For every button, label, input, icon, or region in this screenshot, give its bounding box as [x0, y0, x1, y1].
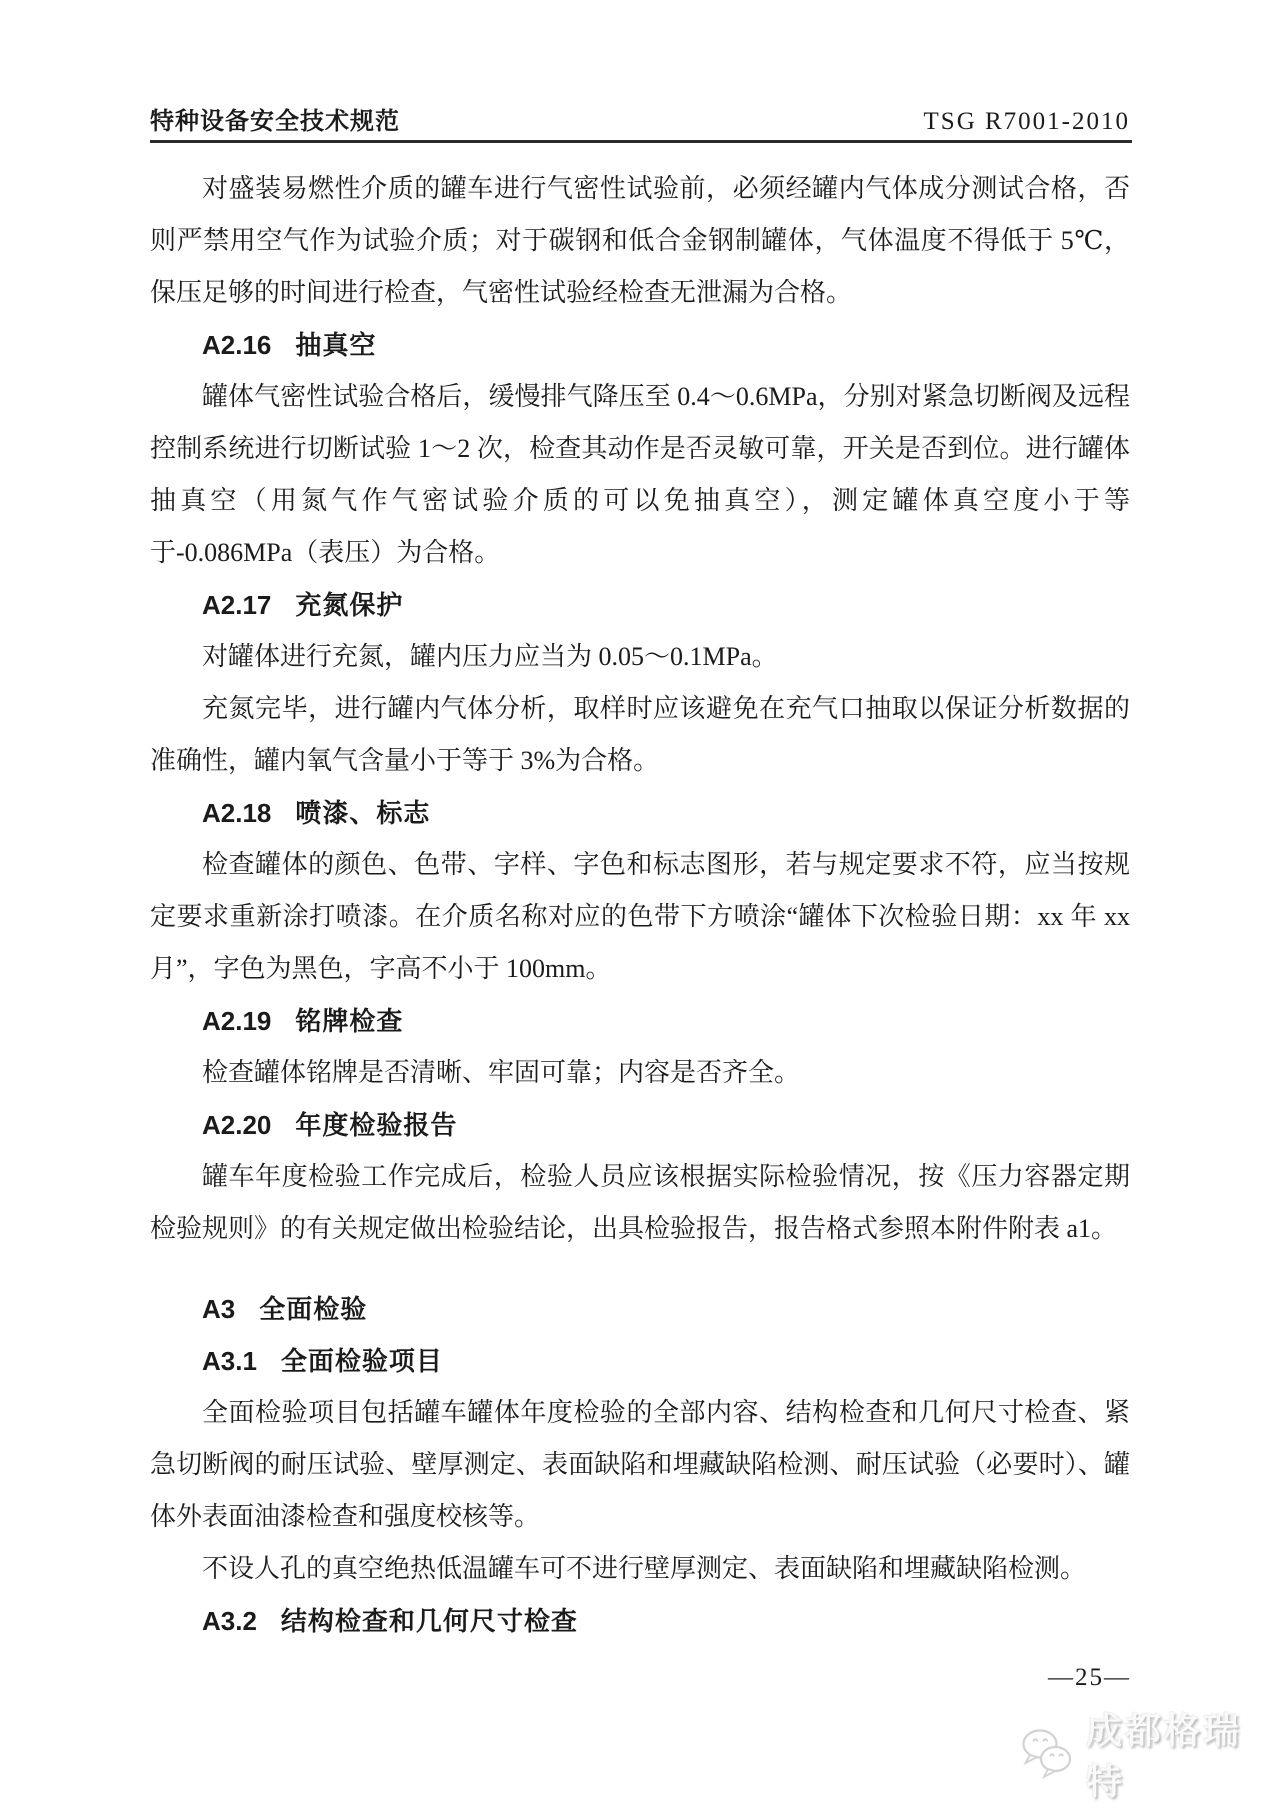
paragraph: 不设人孔的真空绝热低温罐车可不进行壁厚测定、表面缺陷和埋藏缺陷检测。: [150, 1543, 1130, 1595]
paragraph: 罐体气密性试验合格后，缓慢排气降压至 0.4～0.6MPa，分别对紧急切断阀及远…: [150, 371, 1130, 579]
paragraph: 罐车年度检验工作完成后，检验人员应该根据实际检验情况，按《压力容器定期检验规则》…: [150, 1151, 1130, 1255]
header-rule: [150, 140, 1132, 143]
section-title: 全面检验: [259, 1294, 367, 1324]
section-number: A3.2: [202, 1606, 257, 1636]
section-heading: A2.17充氮保护: [150, 579, 1130, 631]
section-title: 铭牌检查: [295, 1006, 403, 1036]
paragraph: 检查罐体铭牌是否清晰、牢固可靠；内容是否齐全。: [150, 1047, 1130, 1099]
paragraph: 对盛装易燃性介质的罐车进行气密性试验前，必须经罐内气体成分测试合格，否则严禁用空…: [150, 163, 1130, 319]
section-heading: A2.19铭牌检查: [150, 995, 1130, 1047]
section-number: A2.16: [202, 330, 271, 360]
section-title: 结构检查和几何尺寸检查: [281, 1606, 578, 1636]
page-header: 特种设备安全技术规范 TSG R7001-2010: [150, 100, 1130, 136]
section-number: A2.19: [202, 1006, 271, 1036]
section-title: 充氮保护: [295, 590, 403, 620]
section-title: 年度检验报告: [295, 1110, 457, 1140]
section-number: A2.20: [202, 1110, 271, 1140]
header-doc-title: 特种设备安全技术规范: [150, 101, 400, 136]
document-body: 对盛装易燃性介质的罐车进行气密性试验前，必须经罐内气体成分测试合格，否则严禁用空…: [150, 163, 1130, 1647]
watermark: 成都格瑞特: [1020, 1726, 1280, 1782]
watermark-text: 成都格瑞特: [1086, 1703, 1280, 1805]
wechat-icon: [1020, 1728, 1076, 1780]
section-number: A2.18: [202, 798, 271, 828]
section-title: 抽真空: [295, 330, 376, 360]
document-page: 特种设备安全技术规范 TSG R7001-2010 对盛装易燃性介质的罐车进行气…: [0, 0, 1280, 1810]
section-heading: A2.20年度检验报告: [150, 1099, 1130, 1151]
section-heading: A2.18喷漆、标志: [150, 787, 1130, 839]
paragraph: 充氮完毕，进行罐内气体分析，取样时应该避免在充气口抽取以保证分析数据的准确性，罐…: [150, 683, 1130, 787]
page-number: —25—: [1048, 1664, 1131, 1692]
paragraph: 全面检验项目包括罐车罐体年度检验的全部内容、结构检查和几何尺寸检查、紧急切断阀的…: [150, 1387, 1130, 1543]
section-number: A2.17: [202, 590, 271, 620]
header-doc-code: TSG R7001-2010: [924, 108, 1130, 136]
paragraph: 检查罐体的颜色、色带、字样、字色和标志图形，若与规定要求不符，应当按规定要求重新…: [150, 839, 1130, 995]
paragraph: 对罐体进行充氮，罐内压力应当为 0.05～0.1MPa。: [150, 631, 1130, 683]
section-heading: A3.1全面检验项目: [150, 1335, 1130, 1387]
section-heading: A3.2结构检查和几何尺寸检查: [150, 1595, 1130, 1647]
chapter-heading: A3全面检验: [150, 1283, 1130, 1335]
section-title: 全面检验项目: [281, 1346, 443, 1376]
section-title: 喷漆、标志: [295, 798, 430, 828]
section-number: A3: [202, 1294, 235, 1324]
section-heading: A2.16抽真空: [150, 319, 1130, 371]
section-number: A3.1: [202, 1346, 257, 1376]
